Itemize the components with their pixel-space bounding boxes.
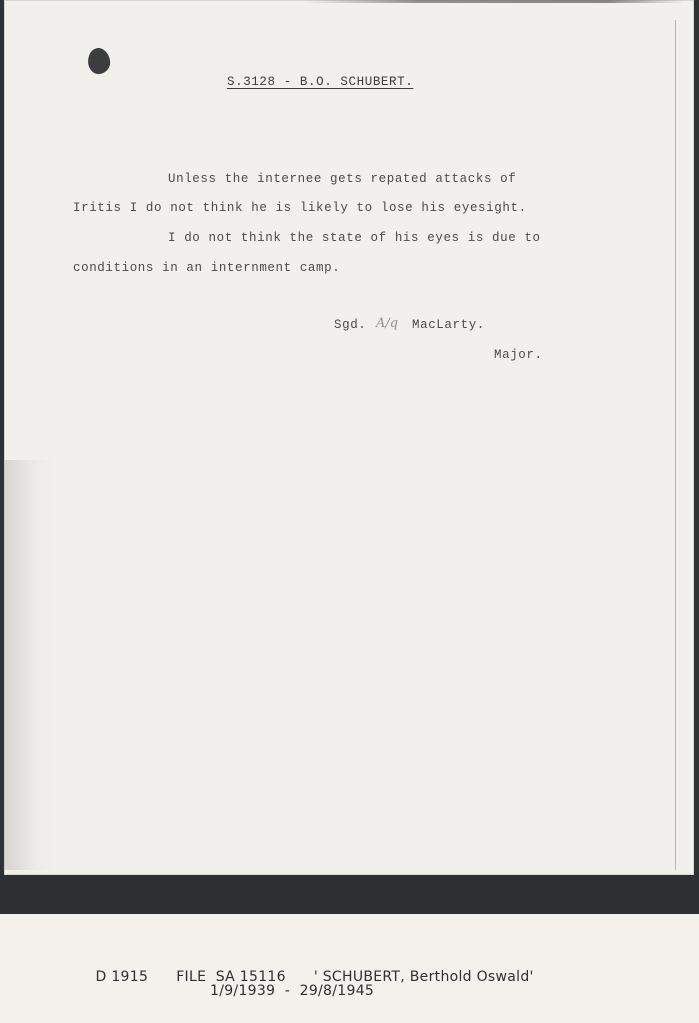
- archive-label-line: D 1915FILE SA 15116' SCHUBERT, Berthold …: [86, 953, 562, 985]
- paragraph-line: Unless the internee gets repated attacks…: [168, 173, 516, 186]
- signature-prefix: Sgd.: [334, 319, 366, 332]
- archive-item-number: D 1915: [96, 969, 149, 985]
- paragraph-line: I do not think the state of his eyes is …: [168, 232, 541, 245]
- paper-fold-line: [675, 20, 676, 870]
- signature-rank: Major.: [494, 349, 543, 362]
- paragraph-line: conditions in an internment camp.: [73, 262, 340, 275]
- paper-top-edge: [304, 0, 684, 3]
- archive-date-range: 1/9/1939 - 29/8/1945: [210, 983, 374, 999]
- document-sheet: [4, 0, 694, 875]
- document-heading: S.3128 - B.O. SCHUBERT.: [227, 76, 413, 89]
- scanner-background-strip: [0, 872, 699, 914]
- signature-name: MacLarty.: [412, 319, 485, 332]
- paragraph-line: Iritis I do not think he is likely to lo…: [73, 202, 527, 215]
- signature-initial: A/q: [376, 316, 398, 331]
- paper-shadow: [4, 460, 54, 870]
